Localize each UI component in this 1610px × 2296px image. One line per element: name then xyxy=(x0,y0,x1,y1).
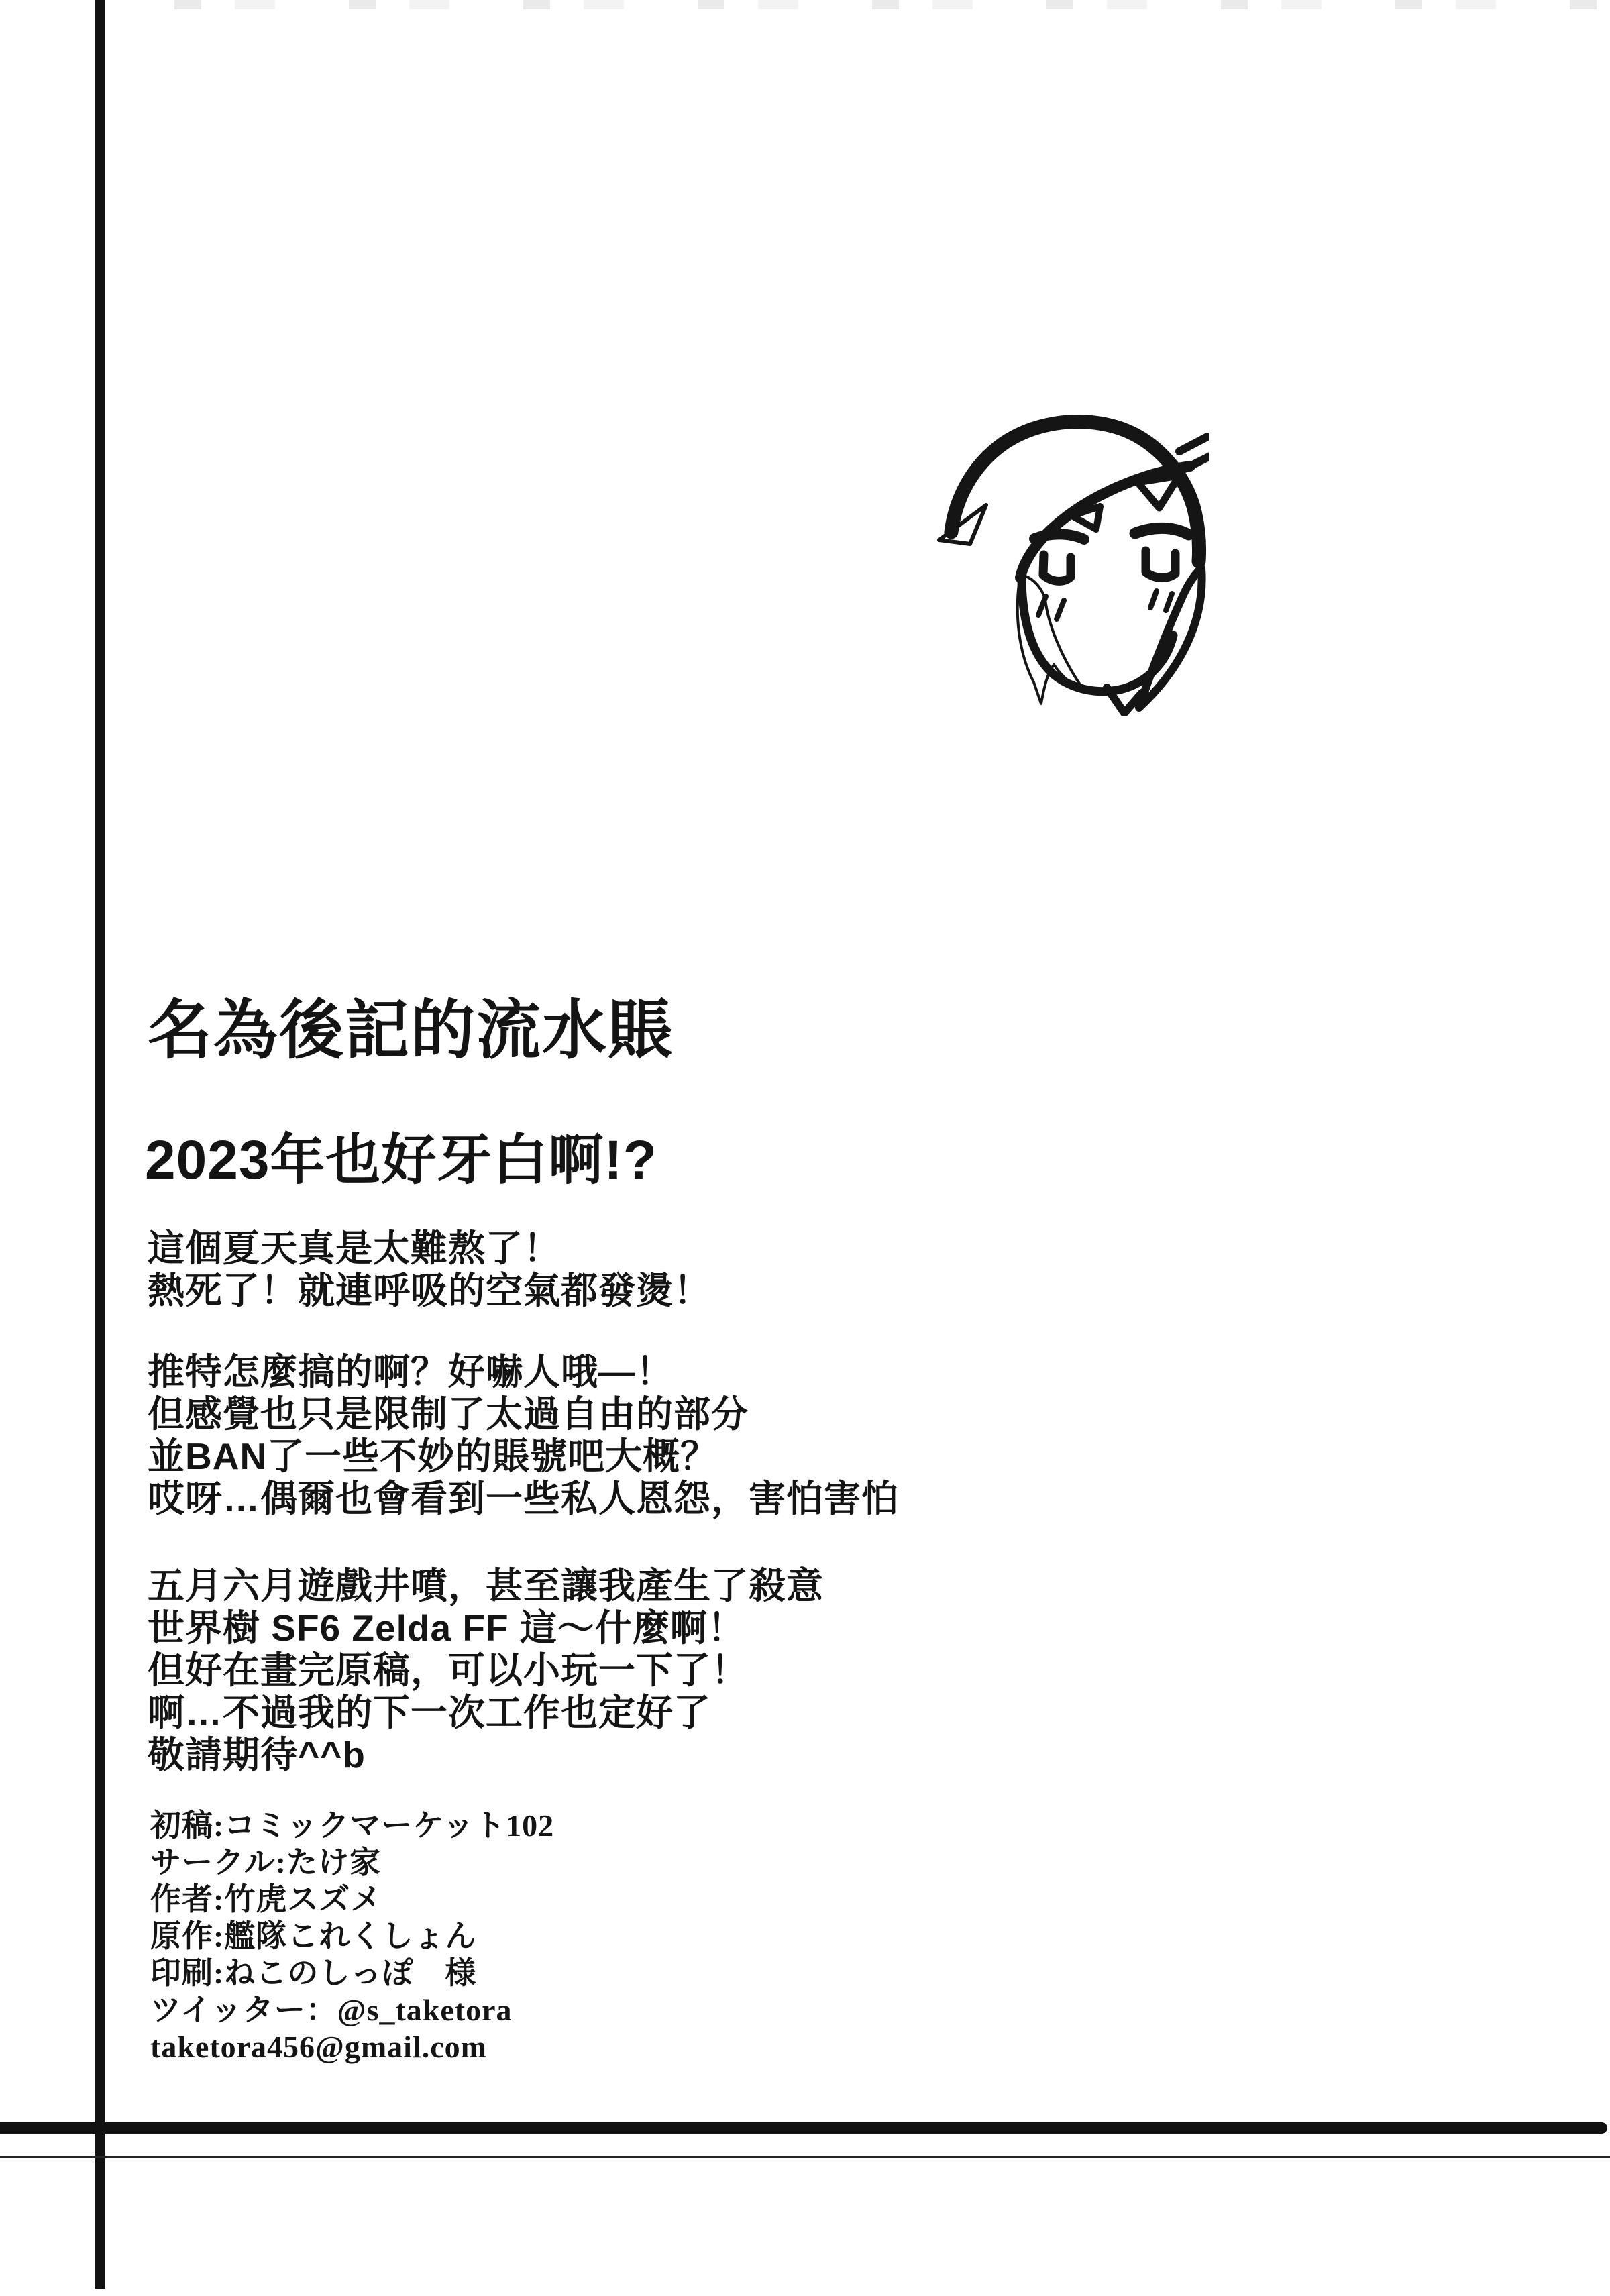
chibi-face-sketch-illustration xyxy=(920,400,1209,716)
afterword-paragraph-twitter: 推特怎麼搞的啊？好嚇人哦—！ 但感覺也只是限制了太過自由的部分 並BAN了一些不… xyxy=(148,1351,899,1520)
scan-noise-strip xyxy=(174,0,1610,9)
afterword-paragraph-summer: 這個夏天真是太難熬了！ 熱死了！就連呼吸的空氣都發燙！ xyxy=(148,1227,711,1312)
afterword-title: 名為後記的流水賬 xyxy=(148,997,674,1065)
credits-block: 初稿:コミックマーケット102 サークル:たけ家 作者:竹虎スズメ 原作:艦隊こ… xyxy=(150,1807,554,2065)
afterword-paragraph-games: 五月六月遊戲井噴，甚至讓我產生了殺意 世界樹 SF6 Zelda FF 這〜什麼… xyxy=(148,1565,824,1776)
margin-rule-vertical xyxy=(95,0,105,2289)
footer-rule-thick xyxy=(0,2122,1607,2134)
afterword-subtitle: 2023年也好牙白啊!? xyxy=(145,1130,657,1191)
afterword-page: 名為後記的流水賬 2023年也好牙白啊!? 這個夏天真是太難熬了！ 熱死了！就連… xyxy=(0,0,1610,2296)
footer-rule-thin xyxy=(0,2156,1610,2158)
